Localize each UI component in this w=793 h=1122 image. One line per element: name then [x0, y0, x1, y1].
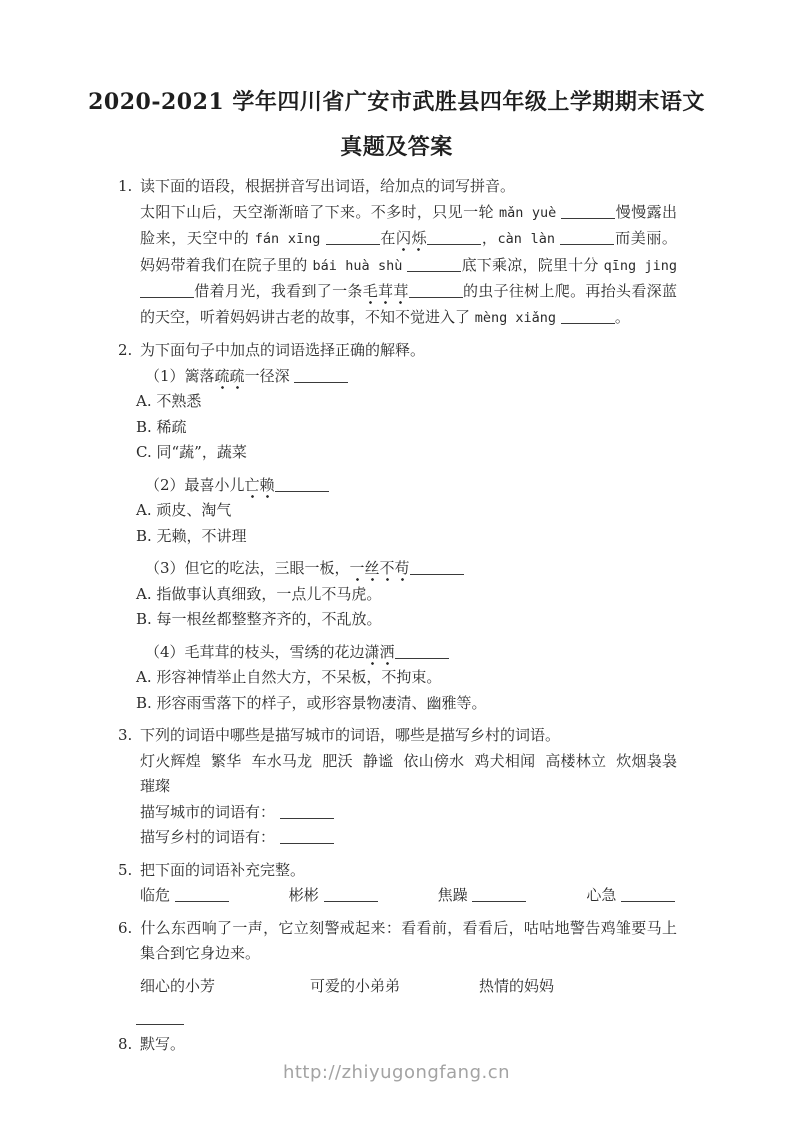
text-run: 彬彬: [289, 886, 324, 904]
text-run: C. 同“蔬”，蔬菜: [136, 443, 247, 461]
watermark-url: http://zhiyugongfang.cn: [0, 1062, 793, 1083]
text-run: B. 无赖，不讲理: [136, 527, 247, 545]
list-number: 3.: [118, 723, 140, 749]
exam-line: （3）但它的吃法，三眼一板，一丝不苟: [145, 556, 677, 582]
list-number: 1.: [118, 174, 140, 200]
exam-line: 1.读下面的语段，根据拼音写出词语，给加点的词写拼音。: [118, 174, 677, 200]
text-run: 在: [380, 229, 396, 247]
exam-line: A. 形容神情举止自然大方，不呆板，不拘束。: [136, 665, 677, 691]
exam-line: 描写城市的词语有：: [140, 800, 677, 826]
text-run: 焦躁: [438, 886, 473, 904]
exam-line: （1）篱落疏疏一径深: [145, 364, 677, 390]
text-run: 灯火辉煌 繁华 车水马龙 肥沃 静谧 依山傍水 鸡犬相闻 高楼林立 炊烟袅袅 璀…: [140, 752, 687, 796]
text-run: 描写城市的词语有：: [140, 803, 280, 821]
text-run: A. 形容神情举止自然大方，不呆板，不拘束。: [136, 668, 441, 686]
exam-line: B. 每一根丝都整整齐齐的，不乱放。: [136, 607, 677, 633]
text-run: 可爱的小弟弟: [310, 977, 400, 995]
text-run: （1）篱落: [145, 367, 215, 385]
emphasized-word: 潇洒: [365, 643, 395, 666]
exam-line: 描写乡村的词语有：: [140, 825, 677, 851]
emphasized-word: 毛茸茸: [363, 282, 409, 305]
exam-line: B. 稀疏: [136, 415, 677, 441]
text-run: 为下面句子中加点的词语选择正确的解释。: [140, 341, 425, 359]
pinyin-text: mèng xiǎng: [475, 310, 556, 326]
exam-line: A. 指做事认真细致，一点儿不马虎。: [136, 582, 677, 608]
answer-blank: [407, 257, 461, 272]
answer-blank: [280, 829, 334, 844]
exam-line: B. 无赖，不讲理: [136, 524, 677, 550]
pinyin-text: fán xīng: [255, 231, 321, 247]
exam-line: B. 形容雨雪落下的样子，或形容景物凄清、幽雅等。: [136, 691, 677, 717]
answer-blank: [326, 230, 380, 245]
exam-line: （2）最喜小儿亡赖: [145, 473, 677, 499]
exam-line: （4）毛茸茸的枝头，雪绣的花边潇洒: [145, 640, 677, 666]
answer-blank: [395, 644, 449, 659]
list-number: 2.: [118, 338, 140, 364]
exam-page: 2020-2021 学年四川省广安市武胜县四年级上学期期末语文 真题及答案 1.…: [0, 0, 793, 1122]
pinyin-text: càn làn: [498, 231, 556, 247]
page-title: 2020-2021 学年四川省广安市武胜县四年级上学期期末语文 真题及答案: [58, 80, 735, 170]
exam-line: 6.什么东西响了一声，它立刻警戒起来：看看前，看看后，咕咕地警告鸡雏要马上集合到…: [118, 916, 677, 967]
answer-blank: [175, 887, 229, 902]
answer-blank: [275, 477, 329, 492]
text-run: 读下面的语段，根据拼音写出词语，给加点的词写拼音。: [140, 177, 515, 195]
answer-blank: [409, 283, 463, 298]
exam-line: C. 同“蔬”，蔬菜: [136, 440, 677, 466]
exam-line: 细心的小芳可爱的小弟弟热情的妈妈: [140, 974, 677, 1000]
text-run: 一径深: [245, 367, 295, 385]
exam-line: 太阳下山后，天空渐渐暗了下来。不多时，只见一轮 mǎn yuè 慢慢露出脸来，天…: [140, 200, 677, 332]
text-run: A. 不熟悉: [136, 392, 201, 410]
answer-blank: [472, 887, 526, 902]
pinyin-text: bái huà shù: [312, 258, 402, 274]
text-run: 底下乘凉，院里十分: [461, 256, 603, 274]
text-run: （2）最喜小儿: [145, 476, 245, 494]
answer-blank: [280, 804, 334, 819]
exam-line: 3.下列的词语中哪些是描写城市的词语，哪些是描写乡村的词语。: [118, 723, 677, 749]
text-run: 热情的妈妈: [479, 977, 554, 995]
answer-blank: [561, 204, 615, 219]
list-number: 5.: [118, 858, 140, 884]
answer-blank: [294, 368, 348, 383]
text-run: （3）但它的吃法，三眼一板，: [145, 559, 350, 577]
text-run: ，: [481, 229, 497, 247]
text-run: 太阳下山后，天空渐渐暗了下来。不多时，只见一轮: [140, 203, 499, 221]
text-run: 默写。: [140, 1035, 185, 1053]
answer-blank: [410, 560, 464, 575]
emphasized-word: 闪烁: [396, 229, 427, 252]
pinyin-text: qīng jing: [604, 258, 677, 274]
text-run: 下列的词语中哪些是描写城市的词语，哪些是描写乡村的词语。: [140, 726, 560, 744]
title-line-1: 2020-2021 学年四川省广安市武胜县四年级上学期期末语文: [58, 80, 735, 125]
answer-blank: [324, 887, 378, 902]
text-run: 临危: [140, 886, 175, 904]
exam-line: 灯火辉煌 繁华 车水马龙 肥沃 静谧 依山傍水 鸡犬相闻 高楼林立 炊烟袅袅 璀…: [140, 749, 677, 800]
text-run: 把下面的词语补充完整。: [140, 861, 305, 879]
answer-blank: [621, 887, 675, 902]
text-run: A. 指做事认真细致，一点儿不马虎。: [136, 585, 381, 603]
text-run: （4）毛茸茸的枝头，雪绣的花边: [145, 643, 365, 661]
exam-line: A. 顽皮、淘气: [136, 498, 677, 524]
text-run: B. 每一根丝都整整齐齐的，不乱放。: [136, 610, 382, 628]
answer-blank: [140, 283, 194, 298]
title-line-2: 真题及答案: [58, 125, 735, 170]
pinyin-text: mǎn yuè: [499, 205, 556, 221]
text-run: B. 稀疏: [136, 418, 187, 436]
exam-line: 临危 彬彬 焦躁 心急: [140, 883, 677, 909]
list-number: 6.: [118, 916, 140, 942]
text-run: A. 顽皮、淘气: [136, 501, 231, 519]
exam-line: [136, 1006, 677, 1032]
emphasized-word: 疏疏: [215, 367, 245, 390]
exam-line: 5.把下面的词语补充完整。: [118, 858, 677, 884]
text-run: 借着月光，我看到了一条: [194, 282, 363, 300]
emphasized-word: 亡赖: [245, 476, 275, 499]
text-run: B. 形容雨雪落下的样子，或形容景物凄清、幽雅等。: [136, 694, 487, 712]
answer-blank: [560, 230, 614, 245]
list-number: 8.: [118, 1032, 140, 1058]
text-run: 什么东西响了一声，它立刻警戒起来：看看前，看看后，咕咕地警告鸡雏要马上集合到它身…: [140, 919, 677, 963]
text-run: 。: [615, 308, 630, 326]
text-run: 细心的小芳: [140, 977, 215, 995]
text-run: 描写乡村的词语有：: [140, 828, 280, 846]
emphasized-word: 一丝不苟: [350, 559, 410, 582]
exam-line: 2.为下面句子中加点的词语选择正确的解释。: [118, 338, 677, 364]
answer-blank: [561, 309, 615, 324]
answer-blank: [427, 230, 481, 245]
answer-blank: [136, 1010, 184, 1025]
text-run: 心急: [586, 886, 621, 904]
text-run: [677, 256, 682, 274]
exam-line: 8.默写。: [118, 1032, 677, 1058]
exam-body: 1.读下面的语段，根据拼音写出词语，给加点的词写拼音。太阳下山后，天空渐渐暗了下…: [118, 174, 677, 1057]
exam-line: A. 不熟悉: [136, 389, 677, 415]
